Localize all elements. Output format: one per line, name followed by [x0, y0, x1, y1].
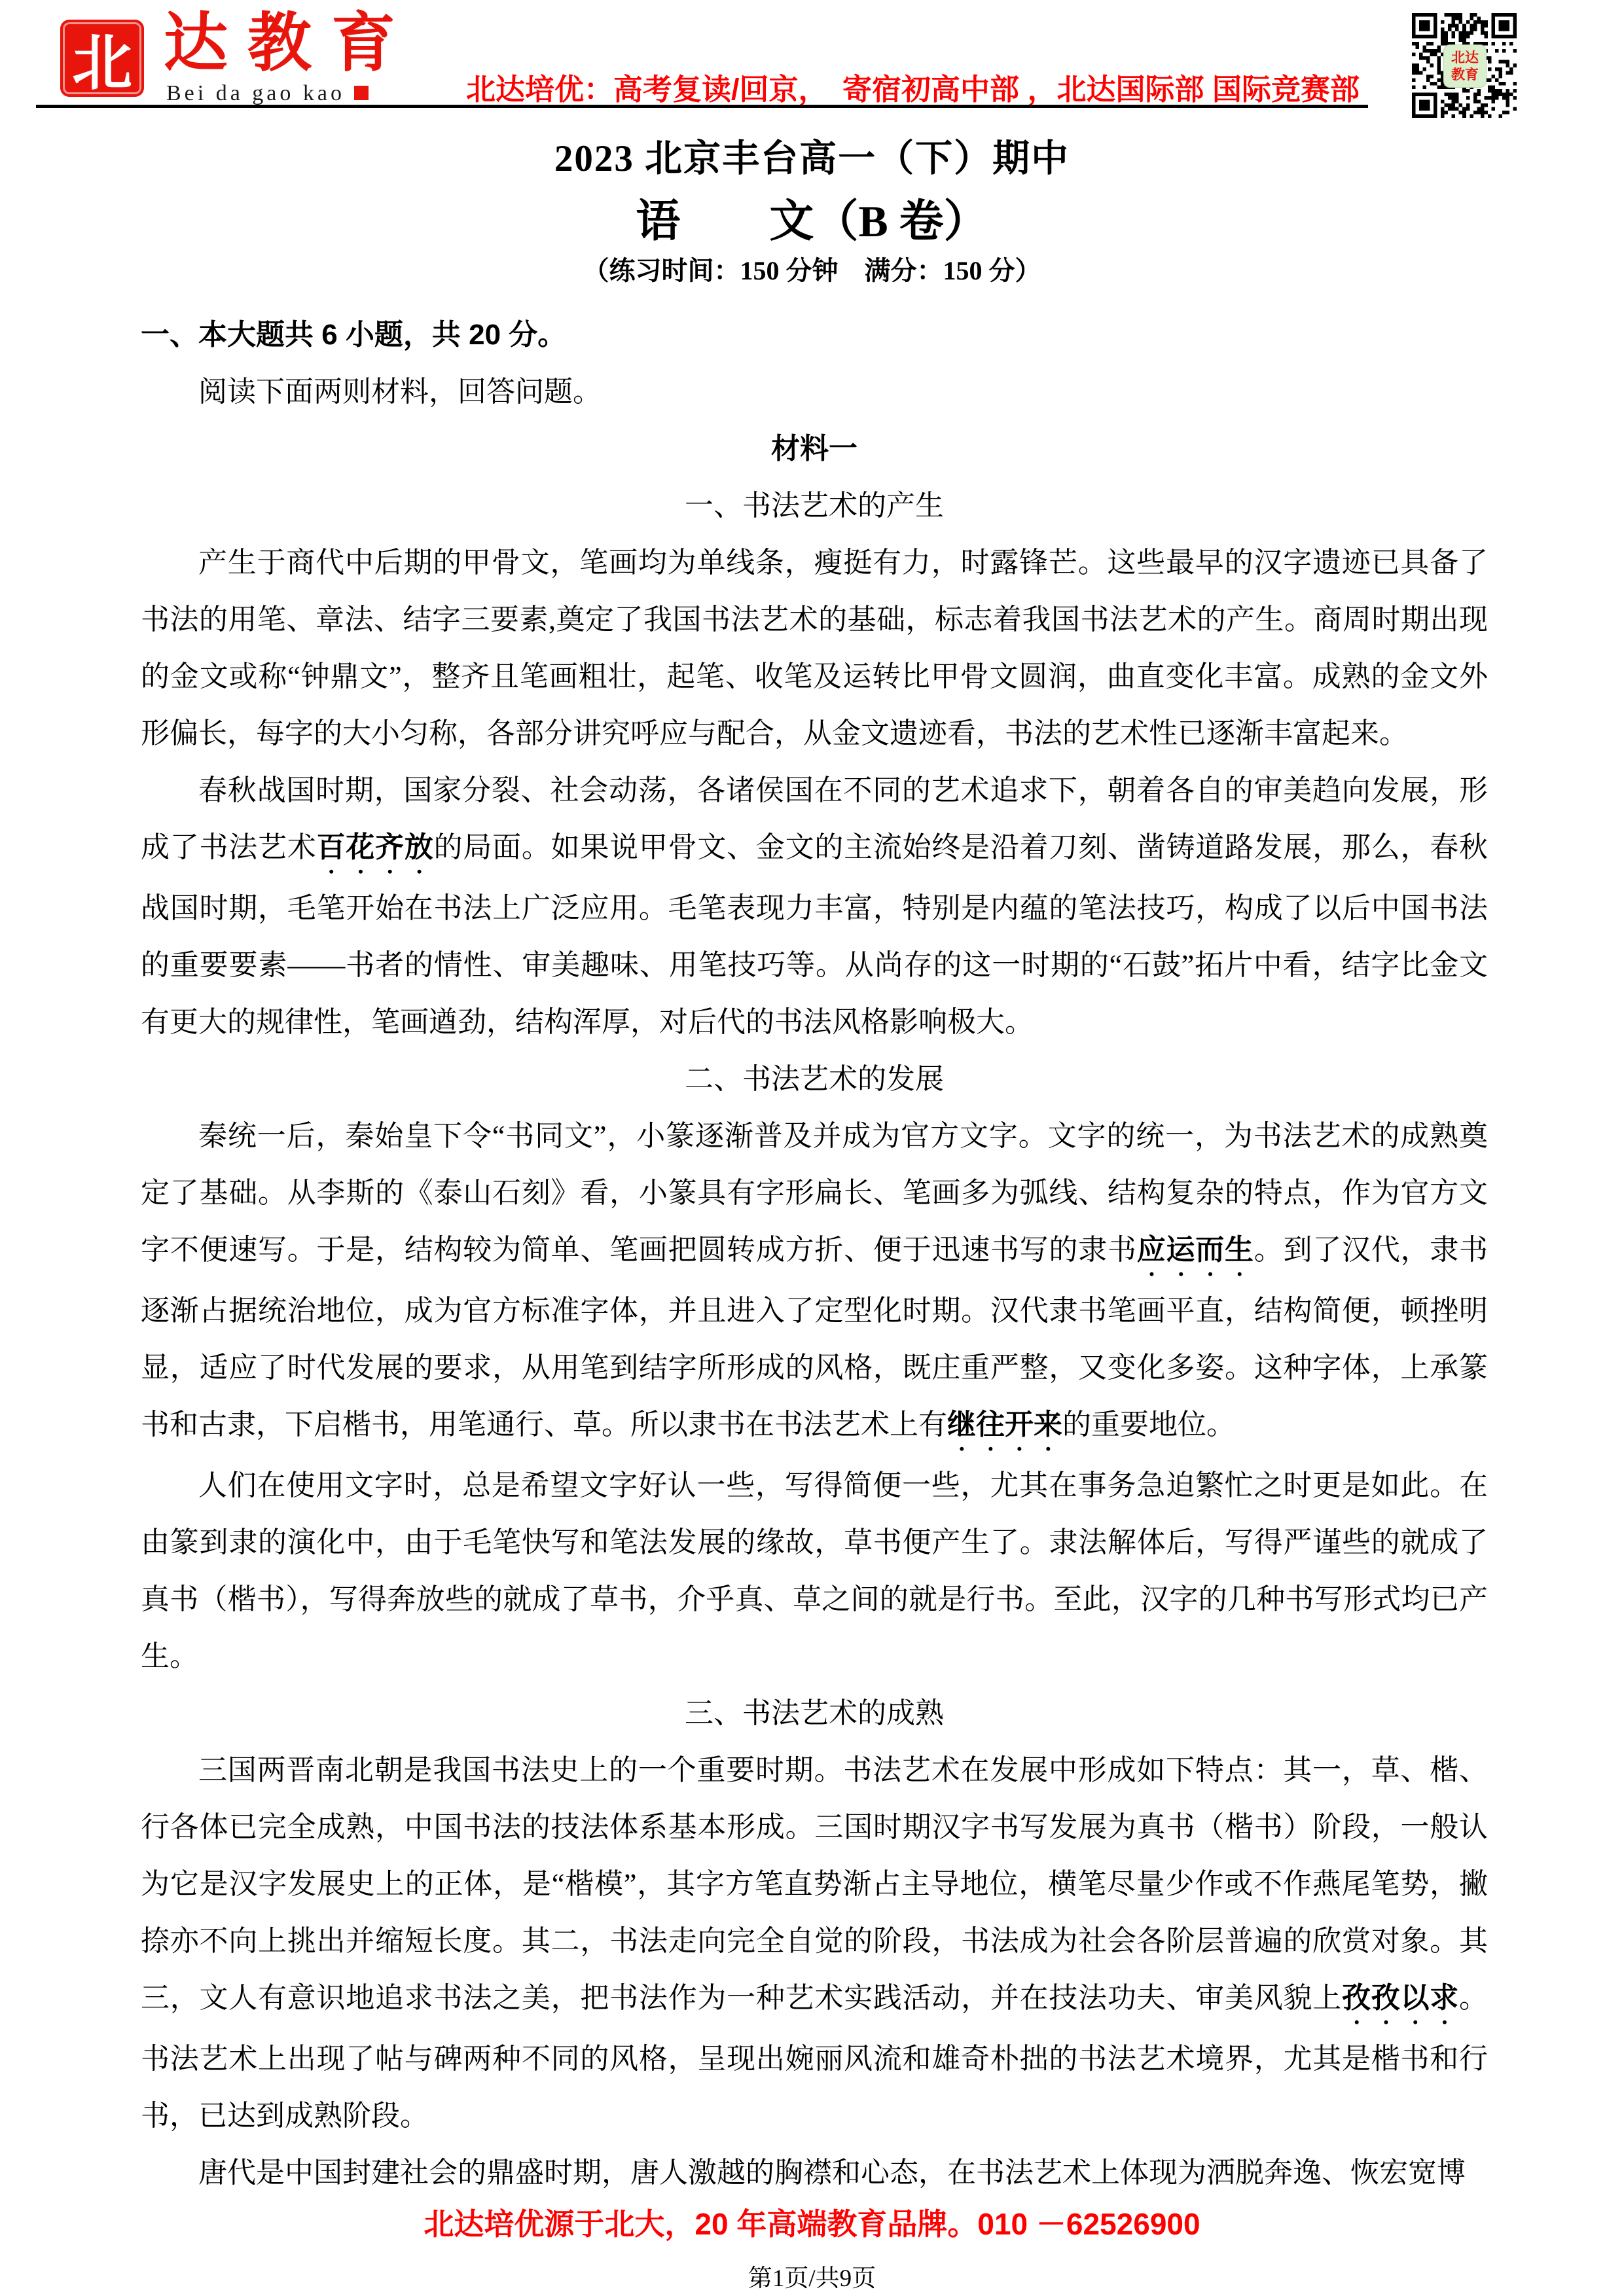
emphasized-term: 应运而生: [1137, 1234, 1254, 1266]
section-heading: 一、本大题共 6 小题，共 20 分。: [141, 306, 1488, 363]
material-paragraph: 唐代是中国封建社会的鼎盛时期，唐人激越的胸襟和心态，在书法艺术上体现为洒脱奔逸、…: [141, 2144, 1488, 2201]
material-paragraph: 三国两晋南北朝是我国书法史上的一个重要时期。书法艺术在发展中形成如下特点：其一，…: [141, 1742, 1488, 2144]
red-square-icon: [354, 86, 369, 100]
exam-page: 北 达教育 Bei da gao kao 北达培优：高考复读/回京， 寄宿初高中…: [0, 0, 1624, 2296]
material-paragraph: 产生于商代中后期的甲骨文，笔画均为单线条，瘦挺有力，时露锋芒。这些最早的汉字遗迹…: [141, 534, 1488, 762]
material-paragraph: 人们在使用文字时，总是希望文字好认一些，写得简便一些，尤其在事务急迫繁忙之时更是…: [141, 1457, 1488, 1685]
brand-subtext: Bei da gao kao: [166, 81, 369, 106]
material-title: 材料一: [141, 420, 1488, 477]
qr-code: 北达 教育: [1411, 13, 1518, 118]
header-divider: [36, 105, 1368, 108]
exam-title: 2023 北京丰台高一（下）期中: [0, 128, 1624, 182]
material-paragraph: 春秋战国时期，国家分裂、社会动荡，各诸侯国在不同的艺术追求下，朝着各自的审美趋向…: [141, 762, 1488, 1050]
material-paragraph: 秦统一后，秦始皇下令“书同文”，小篆逐渐普及并成为官方文字。文字的统一，为书法艺…: [141, 1107, 1488, 1457]
exam-subject: 语 文（B 卷）: [0, 186, 1624, 249]
material-body: 一、书法艺术的产生产生于商代中后期的甲骨文，笔画均为单线条，瘦挺有力，时露锋芒。…: [141, 477, 1488, 2201]
exam-info: （练习时间：150 分钟 满分：150 分）: [0, 250, 1624, 287]
brand-name: 达教育: [164, 12, 415, 76]
emphasized-term: 继往开来: [947, 1408, 1062, 1441]
page-number: 第1页/共9页: [0, 2258, 1624, 2293]
header-tagline: 北达培优：高考复读/回京， 寄宿初高中部 ，北达国际部 国际竞赛部: [466, 65, 1360, 108]
emphasized-term: 百花齐放: [317, 831, 434, 863]
seal-character: 北: [72, 15, 132, 101]
brand-seal-icon: 北: [60, 20, 144, 97]
material-subheading: 三、书法艺术的成熟: [141, 1685, 1488, 1742]
material-subheading: 二、书法艺术的发展: [141, 1050, 1488, 1107]
document-body: 一、本大题共 6 小题，共 20 分。 阅读下面两则材料，回答问题。 材料一 一…: [141, 306, 1488, 2201]
footer-slogan: 北达培优源于北大，20 年高端教育品牌。010 －62526900: [0, 2200, 1624, 2244]
material-subheading: 一、书法艺术的产生: [141, 477, 1488, 534]
section-intro: 阅读下面两则材料，回答问题。: [141, 363, 1488, 420]
emphasized-term: 孜孜以求: [1342, 1982, 1459, 2014]
qr-center-label: 北达 教育: [1443, 45, 1487, 88]
